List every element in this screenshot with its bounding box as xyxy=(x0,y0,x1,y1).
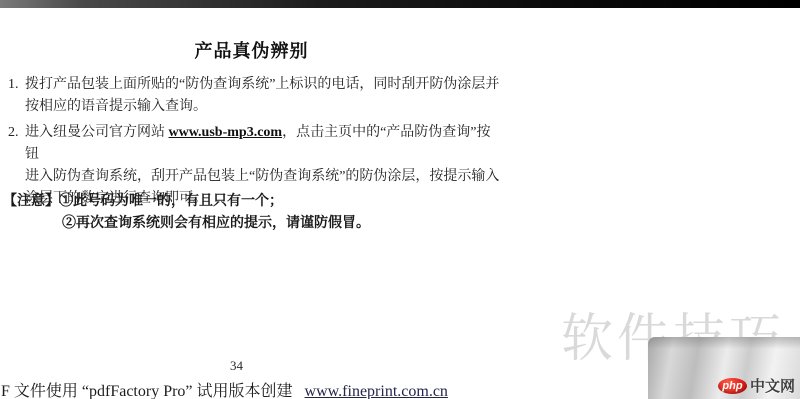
site-name-label: 中文网 xyxy=(750,375,795,396)
top-scan-bar xyxy=(0,0,800,8)
page-number: 34 xyxy=(0,358,473,374)
item-2-number: 2. xyxy=(8,122,19,144)
page-title: 产品真伪辨别 xyxy=(0,37,503,63)
fineprint-link[interactable]: www.fineprint.com.cn xyxy=(305,383,448,399)
php-logo-badge: php xyxy=(718,378,747,394)
pdf-footer: F 文件使用 “pdfFactory Pro” 试用版本创建www.finepr… xyxy=(1,382,561,399)
notice-block: 【注意】①此号码为唯一的，有且只有一个； ②再次查询系统则会有相应的提示，请谨防… xyxy=(3,191,503,235)
scan-overlay-box: php 中文网 xyxy=(648,337,800,399)
notice-line-1: 【注意】①此号码为唯一的，有且只有一个； xyxy=(3,191,503,213)
list-item-1: 1.拨打产品包装上面所贴的“防伪查询系统”上标识的电话，同时刮开防伪涂层并 按相… xyxy=(25,74,503,118)
pdf-footer-text: F 文件使用 “pdfFactory Pro” 试用版本创建 xyxy=(1,383,293,399)
notice-text-1: ①此号码为唯一的，有且只有一个； xyxy=(59,194,283,209)
php-logo-text: php xyxy=(722,380,742,392)
usb-mp3-link[interactable]: www.usb-mp3.com xyxy=(169,125,283,140)
item-1-number: 1. xyxy=(8,74,19,96)
item-2-text-prefix: 进入纽曼公司官方网站 xyxy=(25,125,169,140)
item-1-line-1: 1.拨打产品包装上面所贴的“防伪查询系统”上标识的电话，同时刮开防伪涂层并 xyxy=(25,74,503,96)
item-2-line-1: 2.进入纽曼公司官方网站 www.usb-mp3.com，点击主页中的“产品防伪… xyxy=(25,122,503,166)
notice-label: 【注意】 xyxy=(3,194,59,209)
notice-line-2: ②再次查询系统则会有相应的提示，请谨防假冒。 xyxy=(3,213,503,235)
php-cn-logo: php 中文网 xyxy=(718,375,795,396)
item-2-line-2: 进入防伪查询系统，刮开产品包装上“防伪查询系统”的防伪涂层，按提示输入 xyxy=(25,166,503,188)
item-1-text: 拨打产品包装上面所贴的“防伪查询系统”上标识的电话，同时刮开防伪涂层并 xyxy=(25,77,499,92)
item-1-line-2: 按相应的语音提示输入查询。 xyxy=(25,96,503,118)
